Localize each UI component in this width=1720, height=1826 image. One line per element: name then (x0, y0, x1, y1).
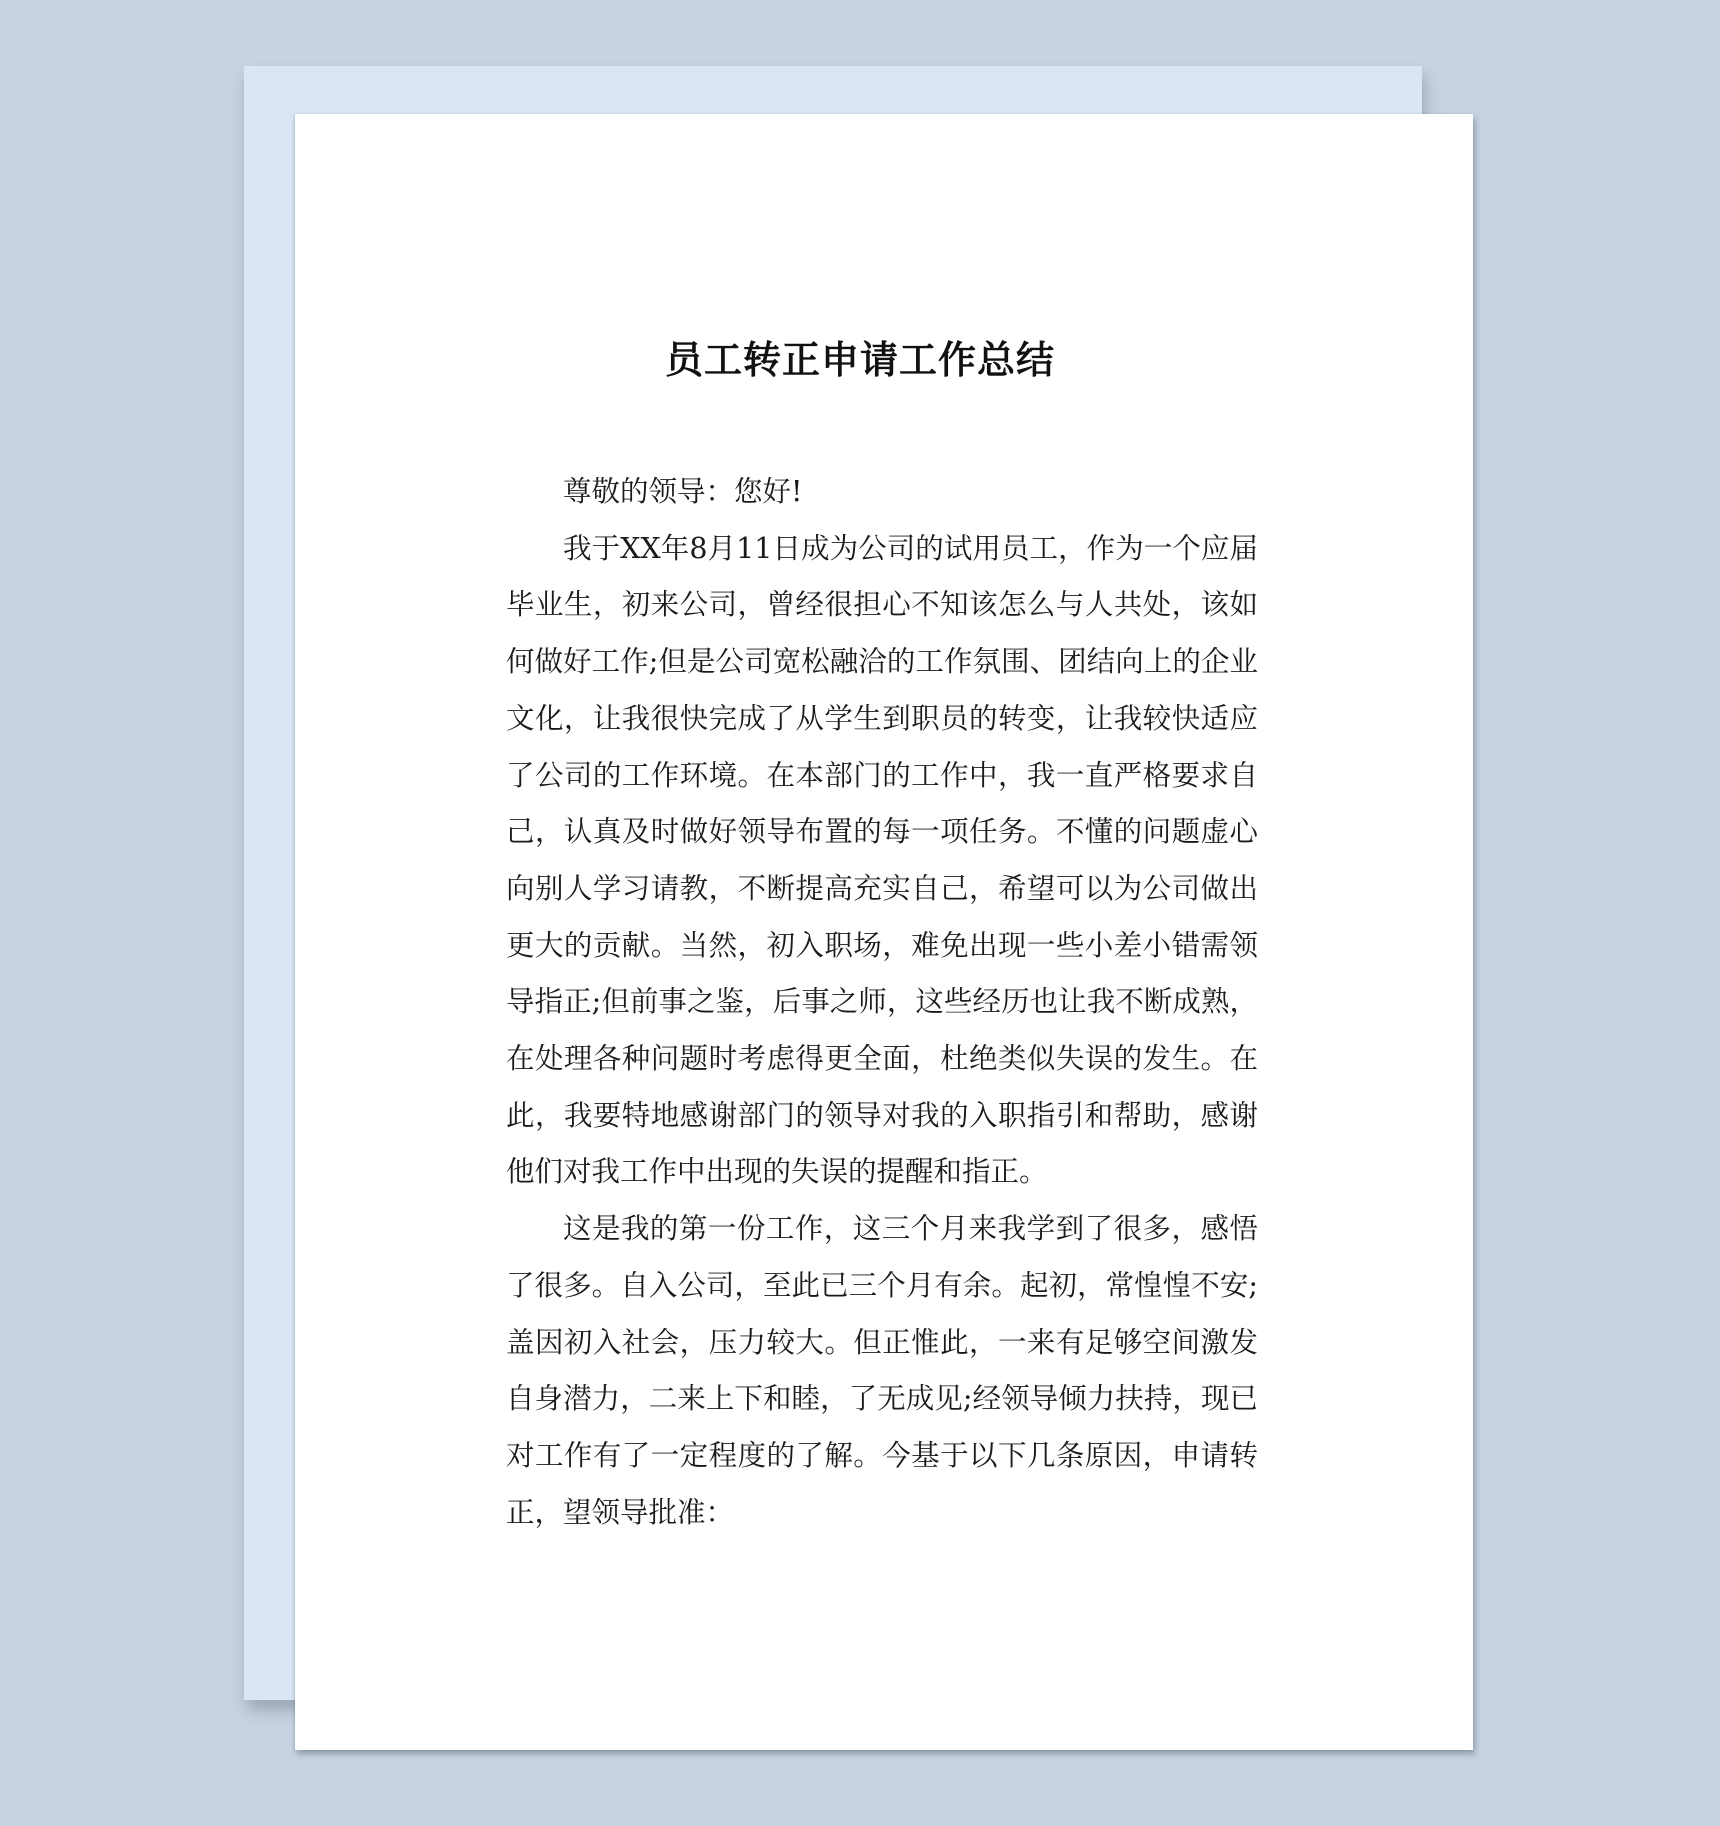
paragraph-2: 这是我的第一份工作，这三个月来我学到了很多，感悟了很多。自入公司，至此已三个月有… (506, 1201, 1258, 1541)
document-title: 员工转正申请工作总结 (0, 330, 1720, 390)
document-body: 尊敬的领导：您好! 我于XX年8月11日成为公司的试用员工，作为一个应届毕业生，… (506, 464, 1258, 1541)
greeting-line: 尊敬的领导：您好! (506, 464, 1258, 521)
paragraph-1: 我于XX年8月11日成为公司的试用员工，作为一个应届毕业生，初来公司，曾经很担心… (506, 521, 1258, 1201)
